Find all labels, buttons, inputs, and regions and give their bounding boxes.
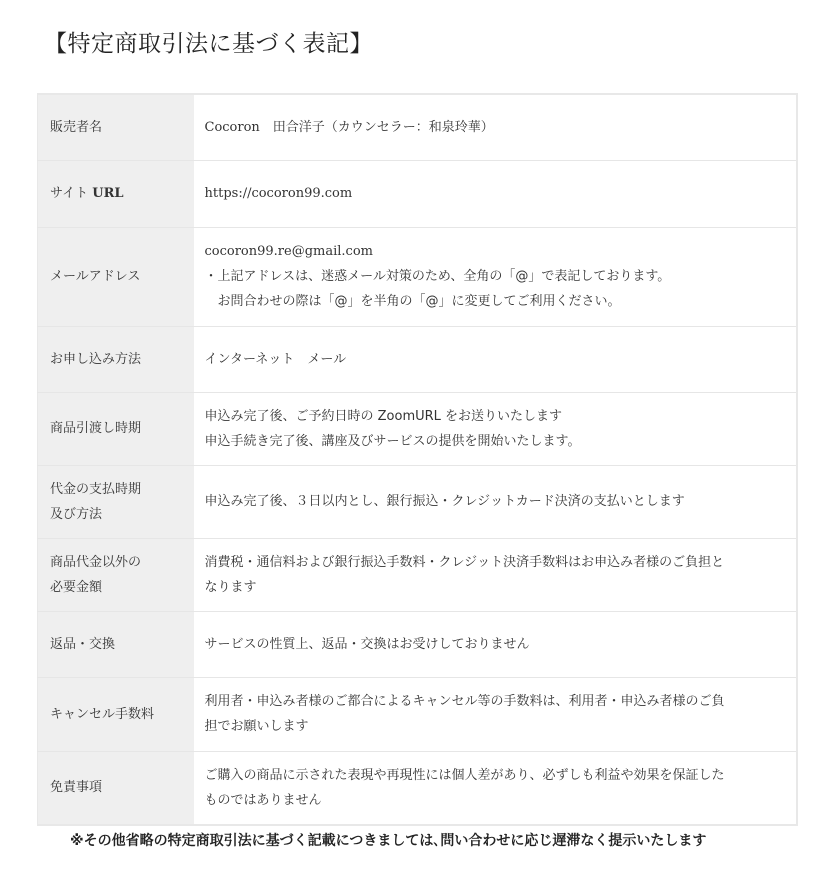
- table-row-application-method: お申し込み方法 インターネット メール: [38, 326, 798, 392]
- table-row-seller: 販売者名 Cocoron 田合洋子（カウンセラー：和泉玲華）: [38, 94, 798, 160]
- row-label-additional-fees: 商品代金以外の 必要金額: [38, 538, 194, 611]
- application-method-text: インターネット メール: [205, 347, 787, 372]
- table-row-payment: 代金の支払時期 及び方法 申込み完了後、３日以内とし、銀行振込・クレジットカード…: [38, 465, 798, 538]
- disclaimer-line-1: ご購入の商品に示された表現や再現性には個人差があり、必ずしも利益や効果を保証した: [205, 763, 787, 788]
- site-url-link[interactable]: https://cocoron99.com: [205, 181, 787, 206]
- row-label-payment: 代金の支払時期 及び方法: [38, 465, 194, 538]
- row-label-returns: 返品・交換: [38, 611, 194, 677]
- footnote: ※その他省略の特定商取引法に基づく記載につきましては､問い合わせに応じ遅滞なく提…: [70, 830, 706, 852]
- payment-label-line-1: 代金の支払時期: [50, 477, 194, 502]
- additional-fees-label-line-2: 必要金額: [50, 575, 194, 600]
- returns-text: サービスの性質上、返品・交換はお受けしておりません: [205, 632, 787, 657]
- row-label-seller: 販売者名: [38, 94, 194, 160]
- row-value-site-url: https://cocoron99.com: [194, 160, 798, 227]
- row-value-additional-fees: 消費税・通信料および銀行振込手数料・クレジット決済手数料はお申込み者様のご負担と…: [194, 538, 798, 611]
- table-row-email: メールアドレス cocoron99.re@gmail.com ・上記アドレスは、…: [38, 227, 798, 326]
- row-label-application-method: お申し込み方法: [38, 326, 194, 392]
- row-value-cancellation-fee: 利用者・申込み者様のご都合によるキャンセル等の手数料は、利用者・申込み者様のご負…: [194, 677, 798, 751]
- row-value-payment: 申込み完了後、３日以内とし、銀行振込・クレジットカード決済の支払いとします: [194, 465, 798, 538]
- page-title: 【特定商取引法に基づく表記】: [44, 28, 373, 60]
- email-note-line-2: お問合わせの際は「@」を半角の「@」に変更してご利用ください。: [205, 289, 787, 314]
- delivery-timing-line-2: 申込手続き完了後、講座及びサービスの提供を開始いたします。: [205, 429, 787, 454]
- row-value-application-method: インターネット メール: [194, 326, 798, 392]
- row-value-returns: サービスの性質上、返品・交換はお受けしておりません: [194, 611, 798, 677]
- label-suffix: URL: [92, 186, 123, 201]
- row-value-delivery-timing: 申込み完了後、ご予約日時の ZoomURL をお送りいたします 申込手続き完了後…: [194, 392, 798, 465]
- row-value-email: cocoron99.re@gmail.com ・上記アドレスは、迷惑メール対策の…: [194, 227, 798, 326]
- table-row-additional-fees: 商品代金以外の 必要金額 消費税・通信料および銀行振込手数料・クレジット決済手数…: [38, 538, 798, 611]
- row-label-site-url: サイト URL: [38, 160, 194, 227]
- label-prefix: サイト: [50, 186, 92, 201]
- row-label-delivery-timing: 商品引渡し時期: [38, 392, 194, 465]
- payment-label-line-2: 及び方法: [50, 502, 194, 527]
- row-label-email: メールアドレス: [38, 227, 194, 326]
- disclaimer-line-2: ものではありません: [205, 788, 787, 813]
- additional-fees-line-2: なります: [205, 575, 787, 600]
- table-row-delivery-timing: 商品引渡し時期 申込み完了後、ご予約日時の ZoomURL をお送りいたします …: [38, 392, 798, 465]
- delivery-timing-line-1: 申込み完了後、ご予約日時の ZoomURL をお送りいたします: [205, 404, 787, 429]
- cancellation-fee-line-1: 利用者・申込み者様のご都合によるキャンセル等の手数料は、利用者・申込み者様のご負: [205, 689, 787, 714]
- row-label-disclaimer: 免責事項: [38, 751, 194, 825]
- seller-name: Cocoron 田合洋子（カウンセラー：和泉玲華）: [205, 115, 787, 140]
- table-row-site-url: サイト URL https://cocoron99.com: [38, 160, 798, 227]
- row-value-disclaimer: ご購入の商品に示された表現や再現性には個人差があり、必ずしも利益や効果を保証した…: [194, 751, 798, 825]
- table-row-returns: 返品・交換 サービスの性質上、返品・交換はお受けしておりません: [38, 611, 798, 677]
- row-label-cancellation-fee: キャンセル手数料: [38, 677, 194, 751]
- legal-notice-table: 販売者名 Cocoron 田合洋子（カウンセラー：和泉玲華） サイト URL h…: [37, 93, 798, 826]
- table-row-disclaimer: 免責事項 ご購入の商品に示された表現や再現性には個人差があり、必ずしも利益や効果…: [38, 751, 798, 825]
- additional-fees-line-1: 消費税・通信料および銀行振込手数料・クレジット決済手数料はお申込み者様のご負担と: [205, 550, 787, 575]
- table-row-cancellation-fee: キャンセル手数料 利用者・申込み者様のご都合によるキャンセル等の手数料は、利用者…: [38, 677, 798, 751]
- email-address[interactable]: cocoron99.re@gmail.com: [205, 239, 787, 264]
- cancellation-fee-line-2: 担でお願いします: [205, 714, 787, 739]
- additional-fees-label-line-1: 商品代金以外の: [50, 550, 194, 575]
- email-note-line-1: ・上記アドレスは、迷惑メール対策のため、全角の「@」で表記しております。: [205, 264, 787, 289]
- row-value-seller: Cocoron 田合洋子（カウンセラー：和泉玲華）: [194, 94, 798, 160]
- payment-text: 申込み完了後、３日以内とし、銀行振込・クレジットカード決済の支払いとします: [205, 489, 787, 514]
